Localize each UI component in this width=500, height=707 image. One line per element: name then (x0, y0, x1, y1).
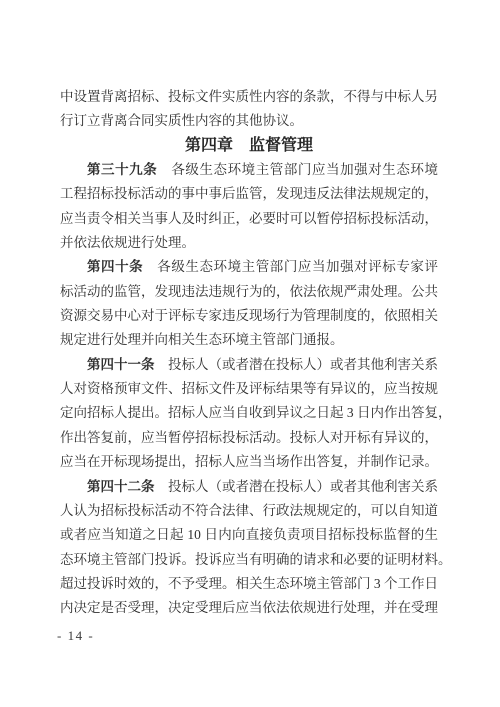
line-text: 人对资格预审文件、招标文件及评标结果等有异议的，应当按规 (60, 381, 438, 396)
text-line: 标活动的监管，发现违法违规行为的，依法依规严肃处理。公共 (60, 280, 438, 304)
text-line: 工程招标投标活动的事中事后监管，发现违反法律法规规定的， (60, 182, 438, 206)
text-line: 规定进行处理并向相关生态环境主管部门通报。 (60, 328, 438, 352)
text-line: 应当责令相关当事人及时纠正，必要时可以暂停招标投标活动， (60, 207, 438, 231)
line-text: 内决定是否受理，决定受理后应当依法依规进行处理，并在受理 (60, 600, 438, 615)
line-text: 应当责令相关当事人及时纠正，必要时可以暂停招标投标活动， (60, 211, 438, 226)
text-line: 或者应当知道之日起 10 日内向直接负责项目招标投标监督的生 (60, 523, 438, 547)
text-line: 应当在开标现场提出，招标人应当当场作出答复，并制作记录。 (60, 450, 438, 474)
text-line: 超过投诉时效的，不予受理。相关生态环境主管部门 3 个工作日 (60, 572, 438, 596)
line-text: 规定进行处理并向相关生态环境主管部门通报。 (60, 332, 344, 347)
line-text: 并依法依规进行处理。 (60, 235, 195, 250)
line-text: 行订立背离合同实质性内容的其他协议。 (60, 113, 303, 128)
article-number: 第三十九条 (87, 162, 157, 177)
line-text: 各级生态环境主管部门应当加强对评标专家评 (143, 259, 438, 274)
page-number: - 14 - (57, 626, 94, 646)
line-text: 人认为招标投标活动不符合法律、行政法规规定的，可以自知道 (60, 503, 438, 518)
line-text: 工程招标投标活动的事中事后监管，发现违反法律法规规定的， (60, 186, 438, 201)
line-text: 超过投诉时效的，不予受理。相关生态环境主管部门 3 个工作日 (60, 576, 438, 591)
text-line: 资源交易中心对于评标专家违反现场行为管理制度的，依照相关 (60, 304, 438, 328)
line-text: 投标人（或者潜在投标人）或者其他利害关系 (155, 357, 439, 372)
line-text: 态环境主管部门投诉。投诉应当有明确的请求和必要的证明材料。 (60, 552, 452, 567)
line-text: 应当在开标现场提出，招标人应当当场作出答复，并制作记录。 (60, 454, 438, 469)
text-line: 第四十二条 投标人（或者潜在投标人）或者其他利害关系 (60, 475, 438, 499)
article-number: 第四十条 (87, 259, 143, 274)
text-line: 第四十条 各级生态环境主管部门应当加强对评标专家评 (60, 255, 438, 279)
line-text: 或者应当知道之日起 10 日内向直接负责项目招标投标监督的生 (60, 527, 438, 542)
line-text: 作出答复前，应当暂停招标投标活动。投标人对开标有异议的， (60, 430, 438, 445)
chapter-heading-text: 第四章 监督管理 (185, 137, 313, 154)
text-line: 中设置背离招标、投标文件实质性内容的条款，不得与中标人另 (60, 85, 438, 109)
chapter-heading: 第四章 监督管理 (60, 134, 438, 158)
line-text: 资源交易中心对于评标专家违反现场行为管理制度的，依照相关 (60, 308, 438, 323)
line-text: 定向招标人提出。招标人应当自收到异议之日起 3 日内作出答复， (60, 405, 452, 420)
line-text: 投标人（或者潜在投标人）或者其他利害关系 (155, 479, 439, 494)
line-text: 标活动的监管，发现违法违规行为的，依法依规严肃处理。公共 (60, 284, 438, 299)
text-line: 定向招标人提出。招标人应当自收到异议之日起 3 日内作出答复， (60, 401, 438, 425)
line-text: 中设置背离招标、投标文件实质性内容的条款，不得与中标人另 (60, 89, 438, 104)
document-page: 中设置背离招标、投标文件实质性内容的条款，不得与中标人另 行订立背离合同实质性内… (0, 0, 500, 707)
text-line: 第三十九条 各级生态环境主管部门应当加强对生态环境 (60, 158, 438, 182)
text-line: 并依法依规进行处理。 (60, 231, 438, 255)
text-line: 作出答复前，应当暂停招标投标活动。投标人对开标有异议的， (60, 426, 438, 450)
text-line: 态环境主管部门投诉。投诉应当有明确的请求和必要的证明材料。 (60, 548, 438, 572)
text-block: 中设置背离招标、投标文件实质性内容的条款，不得与中标人另 行订立背离合同实质性内… (60, 85, 438, 621)
line-text: 各级生态环境主管部门应当加强对生态环境 (157, 162, 438, 177)
text-line: 第四十一条 投标人（或者潜在投标人）或者其他利害关系 (60, 353, 438, 377)
text-line: 人认为招标投标活动不符合法律、行政法规规定的，可以自知道 (60, 499, 438, 523)
article-number: 第四十一条 (87, 357, 155, 372)
text-line: 行订立背离合同实质性内容的其他协议。 (60, 109, 438, 133)
text-line: 内决定是否受理，决定受理后应当依法依规进行处理，并在受理 (60, 596, 438, 620)
text-line: 人对资格预审文件、招标文件及评标结果等有异议的，应当按规 (60, 377, 438, 401)
article-number: 第四十二条 (87, 479, 155, 494)
